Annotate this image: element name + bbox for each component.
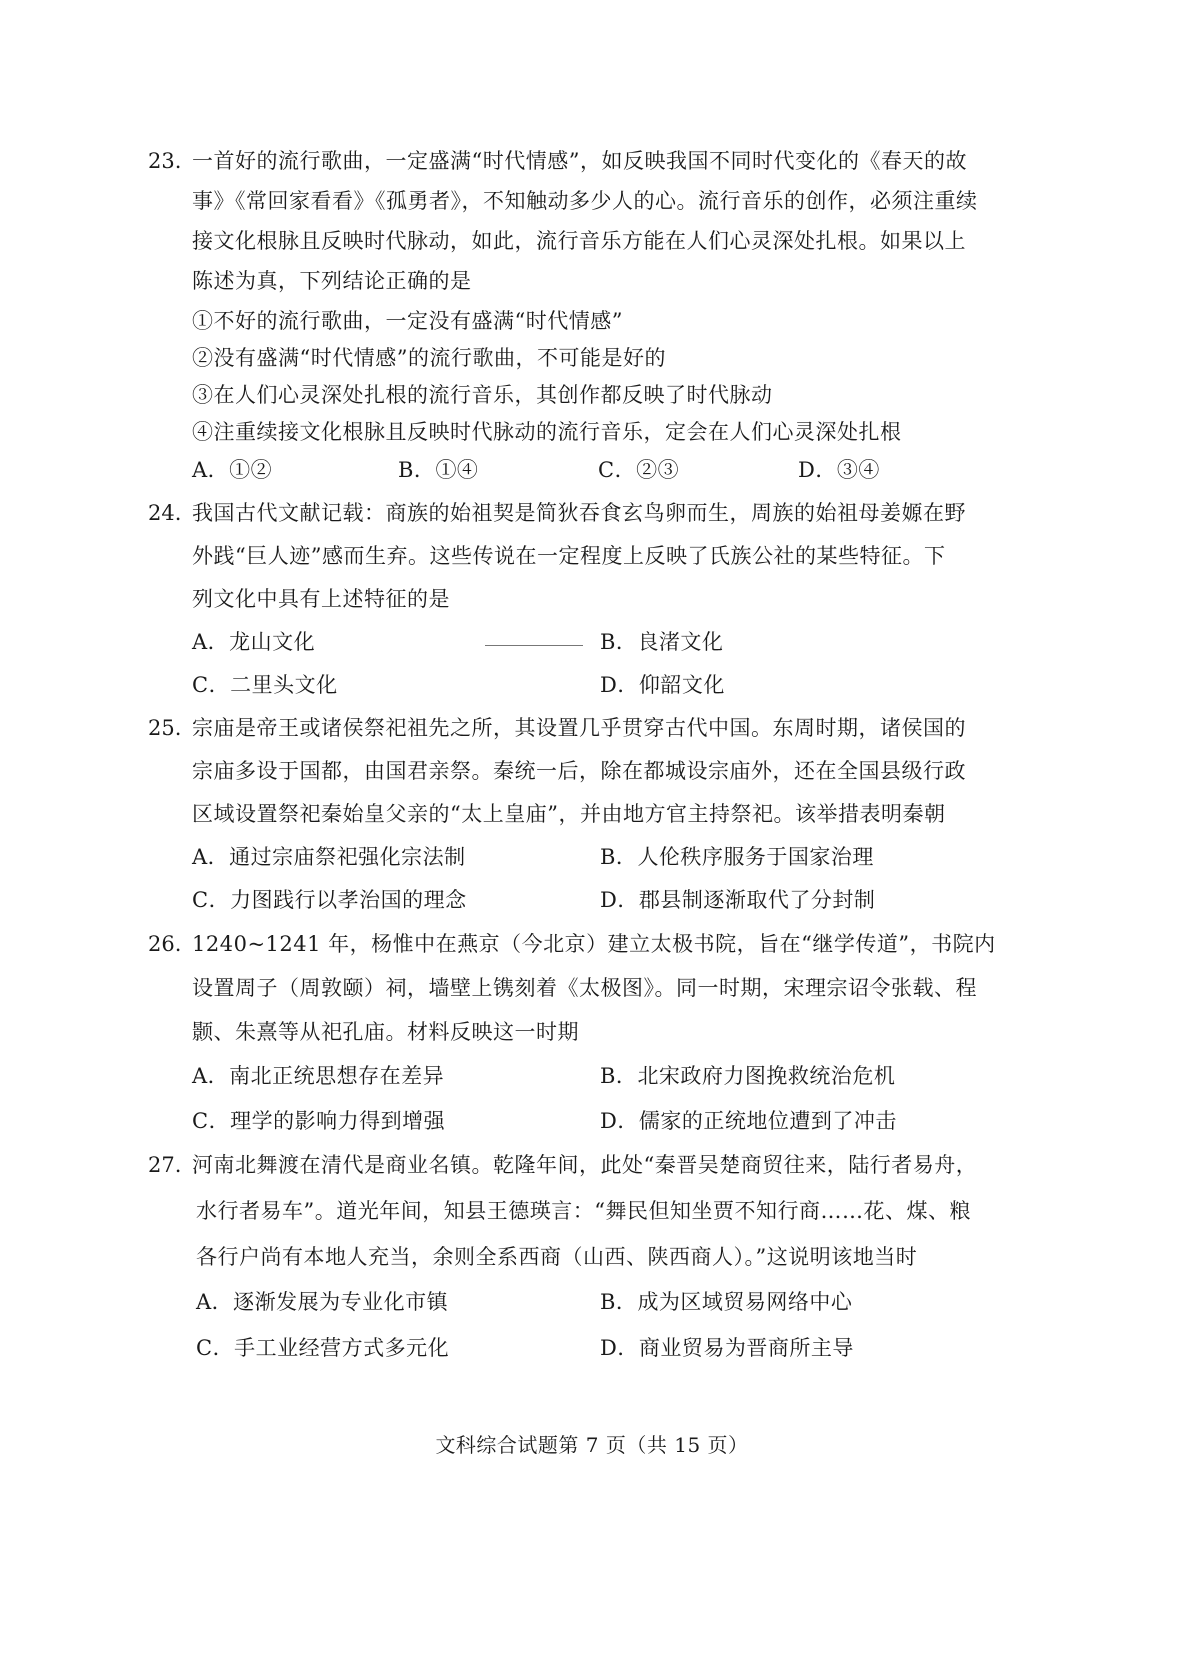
question-number: 26. — [148, 931, 181, 957]
option-d[interactable]: D．仰韶文化 — [600, 672, 725, 698]
option-text: 二里头文化 — [230, 673, 338, 697]
option-label: D． — [600, 1109, 639, 1133]
option-label: D． — [600, 888, 639, 912]
option-c[interactable]: C．二里头文化 — [192, 672, 338, 698]
question-number: 24. — [148, 500, 181, 526]
option-label: B． — [398, 458, 435, 482]
question-stem-line: 列文化中具有上述特征的是 — [192, 586, 450, 612]
question-stem-line: 一首好的流行歌曲，一定盛满“时代情感”，如反映我国不同时代变化的《春天的故 — [192, 148, 967, 174]
option-text: 通过宗庙祭祀强化宗法制 — [229, 845, 466, 869]
question-stem-line: 河南北舞渡在清代是商业名镇。乾隆年间，此处“秦晋吴楚商贸往来，陆行者易舟， — [192, 1152, 977, 1178]
option-label: A． — [192, 630, 229, 654]
question-number: 23. — [148, 148, 181, 174]
option-c[interactable]: C．力图践行以孝治国的理念 — [192, 887, 467, 913]
question-stem-line: 宗庙是帝王或诸侯祭祀祖先之所，其设置几乎贯穿古代中国。东周时期，诸侯国的 — [192, 715, 966, 741]
question-stem-line: 接文化根脉且反映时代脉动，如此，流行音乐方能在人们心灵深处扎根。如果以上 — [192, 228, 966, 254]
option-label: C． — [196, 1336, 234, 1360]
option-text: 郡县制逐渐取代了分封制 — [639, 888, 876, 912]
question-stem-line: 区域设置祭祀秦始皇父亲的“太上皇庙”，并由地方官主持祭祀。该举措表明秦朝 — [192, 801, 945, 827]
option-label: C． — [192, 673, 230, 697]
question-stem-line: 事》《常回家看看》《孤勇者》，不知触动多少人的心。流行音乐的创作，必须注重续 — [192, 188, 978, 214]
question-stem-line: 我国古代文献记载：商族的始祖契是简狄吞食玄鸟卵而生，周族的始祖母姜嫄在野 — [192, 500, 966, 526]
option-a[interactable]: A．龙山文化 — [192, 629, 315, 655]
stray-underline — [485, 645, 583, 646]
option-label: B． — [600, 1064, 637, 1088]
question-stem-line: 陈述为真，下列结论正确的是 — [192, 268, 472, 294]
option-text: ①② — [229, 458, 272, 482]
option-c[interactable]: C．手工业经营方式多元化 — [196, 1335, 449, 1361]
question-number: 25. — [148, 715, 181, 741]
option-b[interactable]: B．北宋政府力图挽救统治危机 — [600, 1063, 895, 1089]
option-text: 龙山文化 — [229, 630, 315, 654]
option-text: 仰韶文化 — [639, 673, 725, 697]
option-label: B． — [600, 1290, 637, 1314]
option-a[interactable]: A．通过宗庙祭祀强化宗法制 — [192, 844, 466, 870]
option-text: 南北正统思想存在差异 — [229, 1064, 444, 1088]
option-label: D． — [600, 673, 639, 697]
statement-2: ②没有盛满“时代情感”的流行歌曲，不可能是好的 — [192, 345, 666, 371]
question-stem-line: 设置周子（周敦颐）祠，墙壁上镌刻着《太极图》。同一时期，宋理宗诏令张载、程 — [192, 975, 977, 1001]
option-text: 逐渐发展为专业化市镇 — [233, 1290, 448, 1314]
option-label: A． — [196, 1290, 233, 1314]
question-number: 27. — [148, 1152, 181, 1178]
page-footer: 文科综合试题第 7 页（共 15 页） — [0, 1432, 1184, 1458]
option-text: 成为区域贸易网络中心 — [637, 1290, 852, 1314]
option-d[interactable]: D．儒家的正统地位遭到了冲击 — [600, 1108, 897, 1134]
option-text: 力图践行以孝治国的理念 — [230, 888, 467, 912]
option-a[interactable]: A．南北正统思想存在差异 — [192, 1063, 444, 1089]
option-text: 理学的影响力得到增强 — [230, 1109, 445, 1133]
option-label: C． — [598, 458, 636, 482]
exam-page: 23. 一首好的流行歌曲，一定盛满“时代情感”，如反映我国不同时代变化的《春天的… — [0, 0, 1184, 1653]
option-text: ③④ — [837, 458, 880, 482]
option-b[interactable]: B．①④ — [398, 457, 478, 483]
option-c[interactable]: C．②③ — [598, 457, 679, 483]
question-stem-line: 外践“巨人迹”感而生弃。这些传说在一定程度上反映了氏族公社的某些特征。下 — [192, 543, 945, 569]
option-label: D． — [798, 458, 837, 482]
option-d[interactable]: D．郡县制逐渐取代了分封制 — [600, 887, 875, 913]
question-stem-line: 宗庙多设于国都，由国君亲祭。秦统一后，除在都城设宗庙外，还在全国县级行政 — [192, 758, 966, 784]
statement-4: ④注重续接文化根脉且反映时代脉动的流行音乐，定会在人们心灵深处扎根 — [192, 419, 902, 445]
option-label: C． — [192, 888, 230, 912]
option-b[interactable]: B．成为区域贸易网络中心 — [600, 1289, 852, 1315]
option-label: B． — [600, 630, 637, 654]
option-b[interactable]: B．人伦秩序服务于国家治理 — [600, 844, 874, 870]
option-text: ①④ — [435, 458, 478, 482]
option-a[interactable]: A．逐渐发展为专业化市镇 — [196, 1289, 448, 1315]
question-stem-line: 1240~1241 年，杨惟中在燕京（今北京）建立太极书院，旨在“继学传道”，书… — [192, 931, 996, 957]
option-d[interactable]: D．商业贸易为晋商所主导 — [600, 1335, 854, 1361]
option-label: A． — [192, 458, 229, 482]
question-stem-line: 颢、朱熹等从祀孔庙。材料反映这一时期 — [192, 1019, 579, 1045]
option-label: D． — [600, 1336, 639, 1360]
option-b[interactable]: B．良渚文化 — [600, 629, 723, 655]
option-text: ②③ — [636, 458, 679, 482]
question-stem-line: 水行者易车”。道光年间，知县王德瑛言：“舞民但知坐贾不知行商……花、煤、粮 — [196, 1198, 971, 1224]
option-a[interactable]: A．①② — [192, 457, 272, 483]
option-label: C． — [192, 1109, 230, 1133]
option-text: 商业贸易为晋商所主导 — [639, 1336, 854, 1360]
option-label: B． — [600, 845, 637, 869]
option-label: A． — [192, 845, 229, 869]
option-text: 儒家的正统地位遭到了冲击 — [639, 1109, 897, 1133]
statement-3: ③在人们心灵深处扎根的流行音乐，其创作都反映了时代脉动 — [192, 382, 773, 408]
option-d[interactable]: D．③④ — [798, 457, 880, 483]
option-text: 良渚文化 — [637, 630, 723, 654]
option-text: 手工业经营方式多元化 — [234, 1336, 449, 1360]
option-text: 人伦秩序服务于国家治理 — [637, 845, 874, 869]
question-stem-line: 各行户尚有本地人充当，余则全系西商（山西、陕西商人）。”这说明该地当时 — [196, 1244, 917, 1270]
statement-1: ①不好的流行歌曲，一定没有盛满“时代情感” — [192, 308, 623, 334]
option-c[interactable]: C．理学的影响力得到增强 — [192, 1108, 445, 1134]
option-text: 北宋政府力图挽救统治危机 — [637, 1064, 895, 1088]
option-label: A． — [192, 1064, 229, 1088]
